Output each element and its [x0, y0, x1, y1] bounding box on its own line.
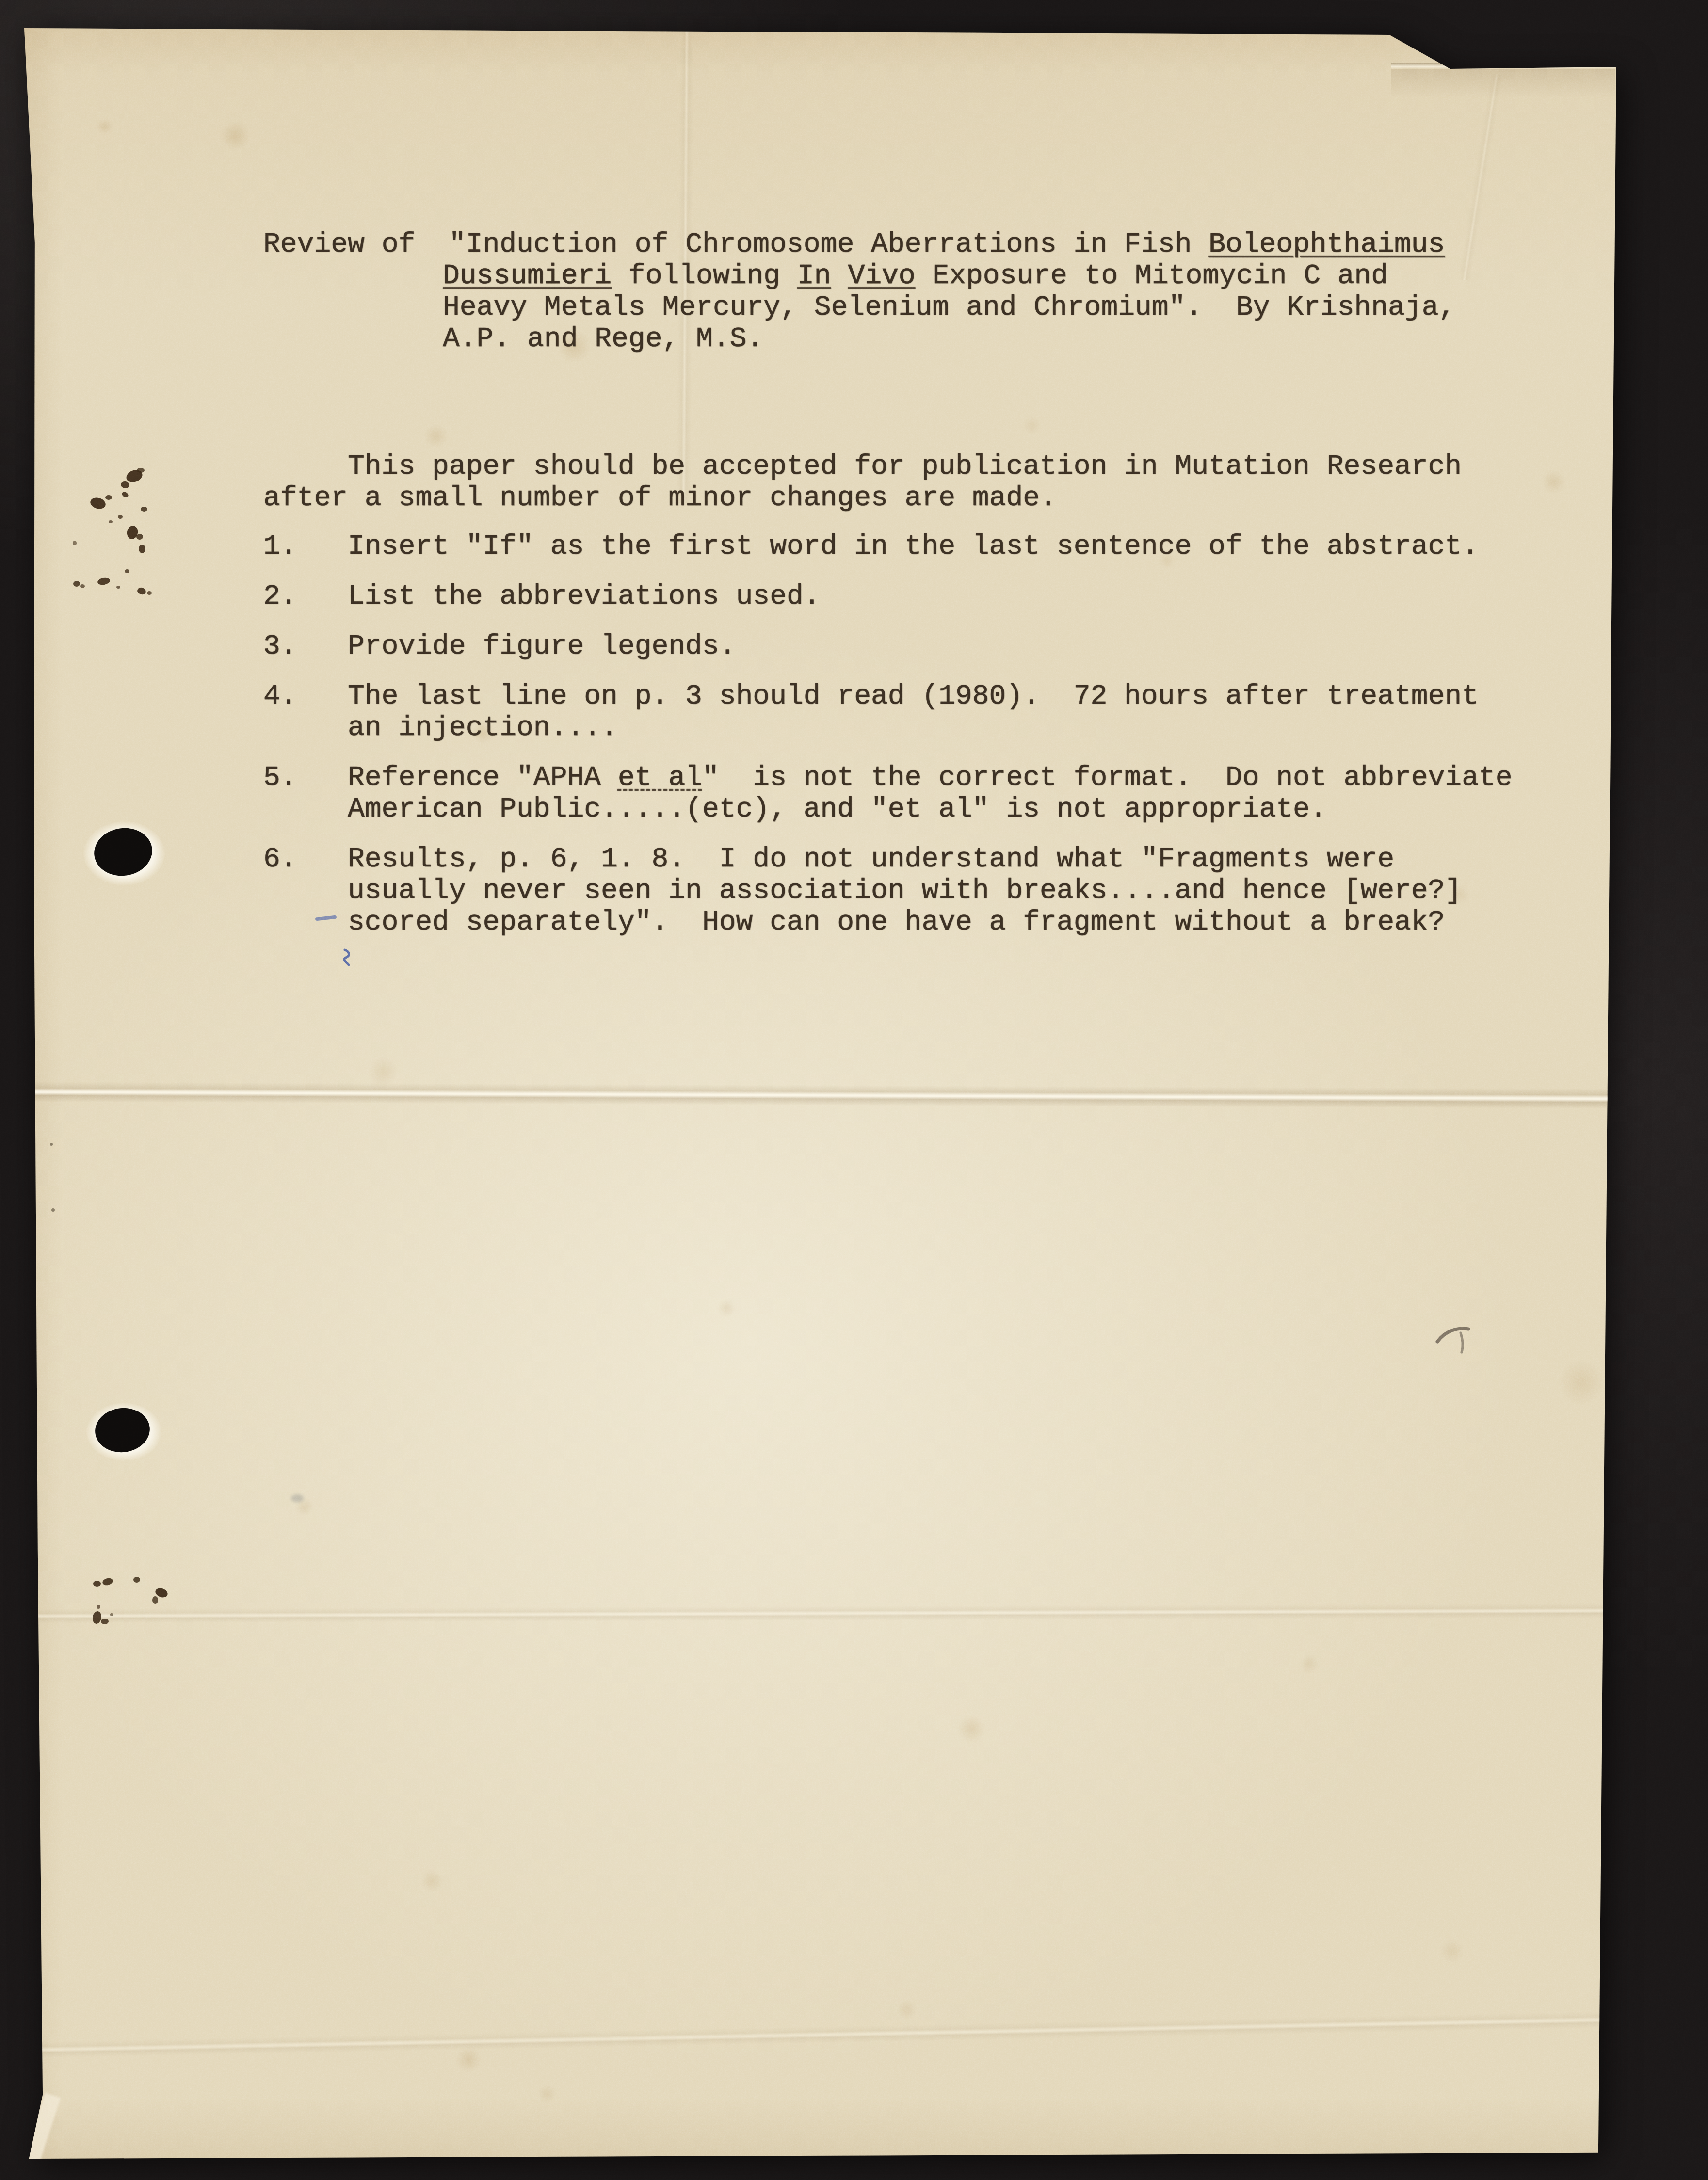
text-segment: scored separately". How can one have a f…: [348, 907, 1445, 938]
text-segment: Exposure to Mitomycin C and: [916, 260, 1388, 292]
text-line: 1.Insert "If" as the first word in the l…: [263, 531, 1513, 562]
text-segment: Dussumieri: [443, 260, 612, 292]
review-title: Review of "Induction of Chromosome Aberr…: [263, 229, 1455, 355]
document-page: Review of "Induction of Chromosome Aberr…: [0, 0, 1708, 2180]
scanned-review-screenshot: { "colors": { "paper": "#e3d7b9", "ink":…: [0, 0, 1708, 2180]
text-line: 2.List the abbreviations used.: [263, 581, 1513, 612]
text-segment: Insert "If" as the first word in the las…: [348, 531, 1479, 562]
review-item-5: 5.Reference "APHA et al" is not the corr…: [263, 762, 1513, 825]
text-segment: following: [612, 260, 797, 292]
item-number: 6.: [263, 844, 348, 875]
review-item-1: 1.Insert "If" as the first word in the l…: [263, 531, 1513, 562]
text-segment: In: [797, 260, 831, 292]
text-line: 4.The last line on p. 3 should read (198…: [263, 681, 1513, 712]
text-segment: usually never seen in association with b…: [348, 875, 1462, 907]
text-line: Dussumieri following In Vivo Exposure to…: [443, 260, 1455, 292]
text-line: after a small number of minor changes ar…: [263, 482, 1462, 514]
item-number: 5.: [263, 762, 348, 794]
text-segment: Boleophthaimus: [1208, 229, 1445, 260]
text-segment: List the abbreviations used.: [348, 581, 821, 612]
text-segment: This paper should be accepted for public…: [348, 451, 1462, 482]
item-number: 3.: [263, 631, 348, 662]
text-line: This paper should be accepted for public…: [348, 451, 1462, 482]
text-line: scored separately". How can one have a f…: [348, 907, 1513, 938]
intro-paragraph: This paper should be accepted for public…: [263, 451, 1462, 514]
text-segment: after a small number of minor changes ar…: [263, 482, 1057, 514]
text-segment: et al: [618, 762, 702, 794]
review-item-2: 2.List the abbreviations used.: [263, 581, 1513, 612]
text-line: 6.Results, p. 6, 1. 8. I do not understa…: [263, 844, 1513, 875]
text-segment: Results, p. 6, 1. 8. I do not understand…: [348, 844, 1394, 875]
text-segment: The last line on p. 3 should read (1980)…: [348, 681, 1479, 712]
text-line: A.P. and Rege, M.S.: [443, 323, 1455, 355]
text-segment: Heavy Metals Mercury, Selenium and Chrom…: [443, 292, 1455, 323]
text-segment: an injection....: [348, 712, 618, 744]
text-segment: " is not the correct format. Do not abbr…: [702, 762, 1513, 794]
text-segment: [831, 260, 848, 292]
review-item-6: 6.Results, p. 6, 1. 8. I do not understa…: [263, 844, 1513, 938]
text-line: an injection....: [348, 712, 1513, 744]
text-line: usually never seen in association with b…: [348, 875, 1513, 907]
item-number: 4.: [263, 681, 348, 712]
paper-shadow-wrap: Review of "Induction of Chromosome Aberr…: [0, 0, 1708, 2180]
text-segment: American Public.....(etc), and "et al" i…: [348, 794, 1327, 825]
text-segment: Vivo: [848, 260, 915, 292]
text-line: Review of "Induction of Chromosome Aberr…: [263, 229, 1455, 260]
text-segment: Provide figure legends.: [348, 631, 736, 662]
text-segment: Reference "APHA: [348, 762, 618, 794]
review-item-4: 4.The last line on p. 3 should read (198…: [263, 681, 1513, 744]
text-line: Heavy Metals Mercury, Selenium and Chrom…: [443, 292, 1455, 323]
text-line: 3.Provide figure legends.: [263, 631, 1513, 662]
text-segment: Review of "Induction of Chromosome Aberr…: [263, 229, 1208, 260]
review-items-list: 1.Insert "If" as the first word in the l…: [263, 531, 1513, 957]
text-line: 5.Reference "APHA et al" is not the corr…: [263, 762, 1513, 794]
text-line: American Public.....(etc), and "et al" i…: [348, 794, 1513, 825]
item-number: 1.: [263, 531, 348, 562]
item-number: 2.: [263, 581, 348, 612]
text-segment: A.P. and Rege, M.S.: [443, 323, 763, 355]
review-item-3: 3.Provide figure legends.: [263, 631, 1513, 662]
typed-text-layer: Review of "Induction of Chromosome Aberr…: [0, 0, 1708, 2180]
